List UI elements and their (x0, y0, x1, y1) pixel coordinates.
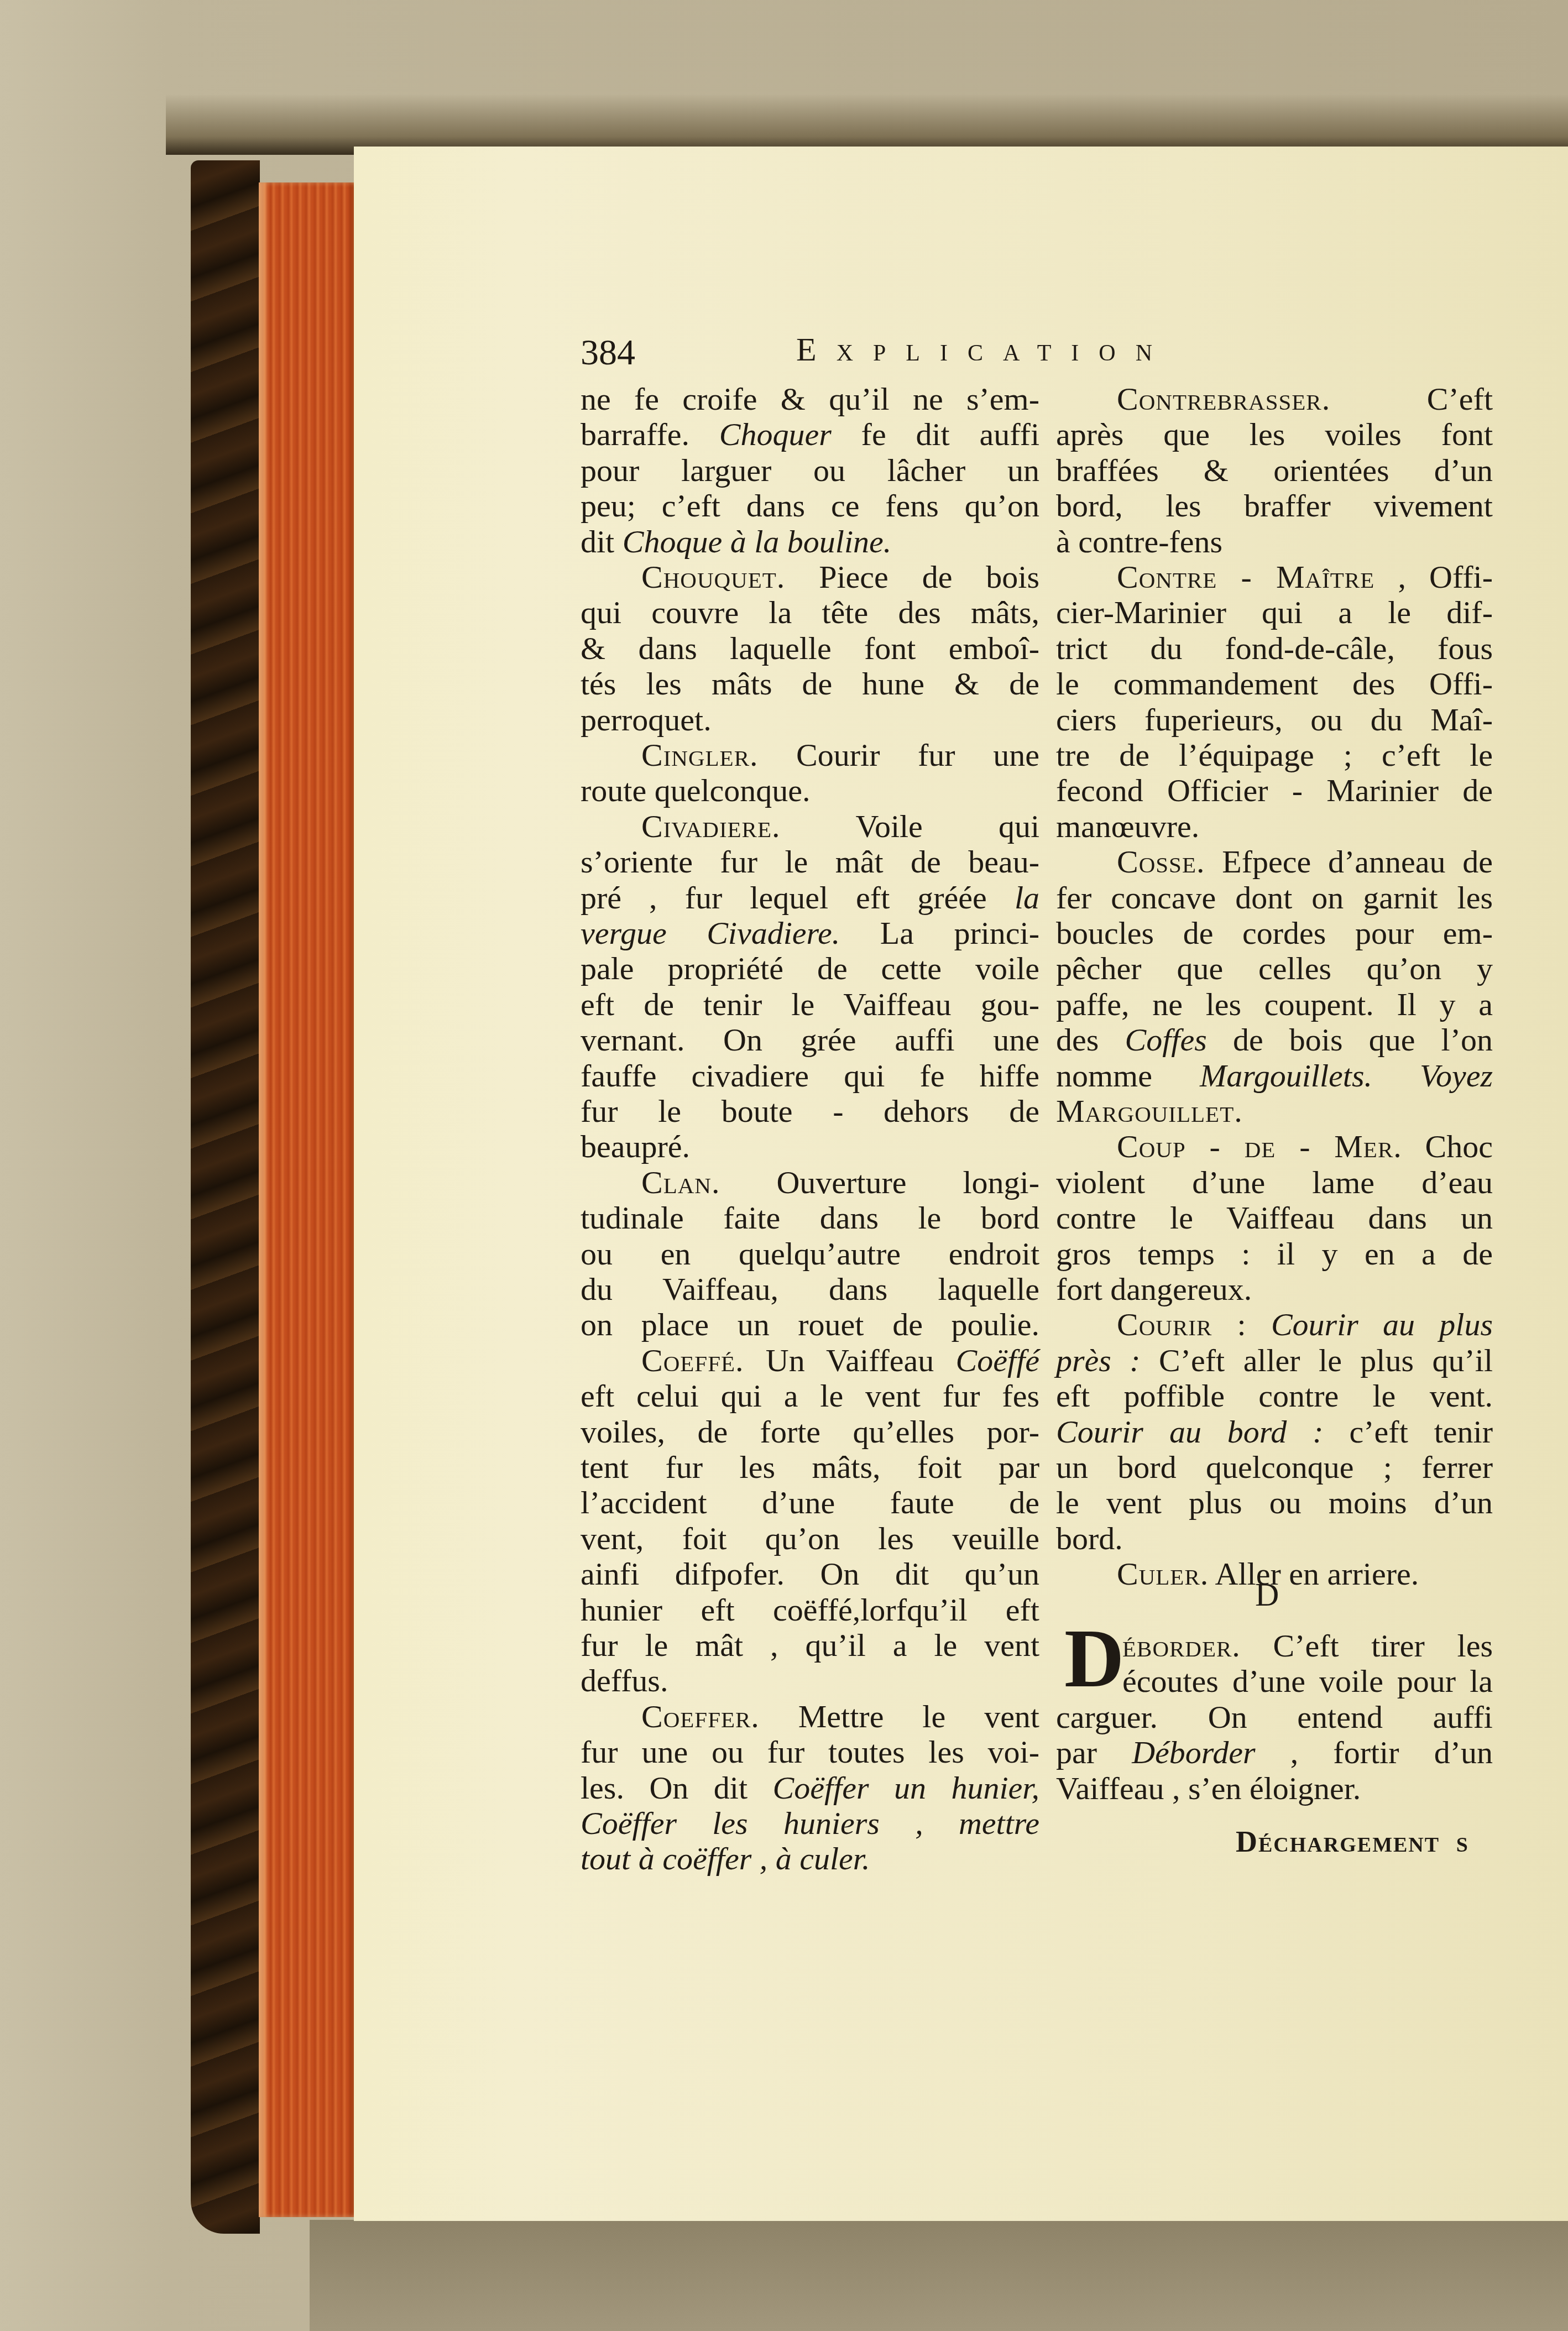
text-line: voiles, de forte qu’elles por- (581, 1414, 1039, 1450)
body-text: & dans laquelle font emboî- (581, 630, 1039, 666)
text-line: le vent plus ou moins d’un (1056, 1485, 1493, 1520)
body-text: Courir fur une (759, 737, 1040, 773)
text-line: Cingler. Courir fur une (641, 738, 1039, 773)
body-text: tent fur les mâts, foit par (581, 1449, 1039, 1485)
text-line: gros temps : il y en a de (1056, 1236, 1493, 1272)
text-line: tent fur les mâts, foit par (581, 1450, 1039, 1485)
body-text: gros temps : il y en a de (1056, 1236, 1493, 1272)
body-text: ainfi difpofer. On dit qu’un (581, 1556, 1039, 1592)
text-line: braffées & orientées d’un (1056, 453, 1493, 488)
text-line: écoutes d’une voile pour la (1122, 1664, 1493, 1699)
body-text: , Offi- (1374, 559, 1493, 595)
text-line: bord. (1056, 1521, 1493, 1556)
body-text: fecond Officier - Marinier de (1056, 772, 1493, 808)
headword: Contrebrasser. (1117, 381, 1330, 417)
body-text: eft poffible contre le vent. (1056, 1378, 1493, 1414)
body-text: qui couvre la tête des mâts, (581, 594, 1039, 630)
text-line: on place un rouet de poulie. (581, 1307, 1039, 1342)
body-text: le vent plus ou moins d’un (1056, 1485, 1493, 1520)
text-line: des Coffes de bois que l’on (1056, 1022, 1493, 1058)
italic-text: Déborder (1132, 1734, 1255, 1770)
text-line: pour larguer ou lâcher un (581, 453, 1039, 488)
italic-text: Margouillets. Voyez (1200, 1058, 1493, 1094)
body-text: carguer. On entend auffi (1056, 1699, 1493, 1735)
text-line: tre de l’équipage ; c’eft le (1056, 738, 1493, 773)
body-text: tudinale faite dans le bord (581, 1200, 1039, 1236)
headword: Clan. (641, 1164, 720, 1200)
body-text: cier-Marinier qui a le dif- (1056, 594, 1493, 630)
body-text: beaupré. (581, 1128, 690, 1164)
body-text: C’eft aller le plus qu’il (1141, 1342, 1493, 1378)
body-text: tre de l’équipage ; c’eft le (1056, 737, 1493, 773)
text-line: fauffe civadiere qui fe hiffe (581, 1058, 1039, 1094)
text-line: vernant. On grée auffi une (581, 1022, 1039, 1058)
text-line: paffe, ne les coupent. Il y a (1056, 987, 1493, 1022)
body-text: Ouverture longi- (720, 1164, 1039, 1200)
text-line: l’accident d’une faute de (581, 1485, 1039, 1520)
text-line: pale propriété de cette voile (581, 951, 1039, 986)
body-text: contre le Vaiffeau dans un (1056, 1200, 1493, 1236)
italic-text: vergue Civadiere. (581, 915, 840, 951)
body-text: s’oriente fur le mât de beau- (581, 844, 1039, 880)
body-text: , fortir d’un (1256, 1734, 1493, 1770)
text-line: Clan. Ouverture longi- (641, 1165, 1039, 1200)
body-text: eft de tenir le Vaiffeau gou- (581, 986, 1039, 1022)
body-text: nomme (1056, 1058, 1200, 1094)
body-text: ou en quelqu’autre endroit (581, 1236, 1039, 1272)
body-text: Aller en arriere. (1209, 1556, 1419, 1592)
text-line: nomme Margouillets. Voyez (1056, 1058, 1493, 1094)
body-text: dit (581, 524, 623, 560)
text-line: Vaiffeau , s’en éloigner. (1056, 1771, 1493, 1806)
text-line: vent, foit qu’on les veuille (581, 1521, 1039, 1556)
body-text: bord, les braffer vivement (1056, 488, 1493, 524)
body-text: des (1056, 1022, 1125, 1058)
body-text: les. On dit (581, 1770, 773, 1806)
headword: Coup - de - Mer. (1117, 1128, 1402, 1164)
body-text: route quelconque. (581, 772, 811, 808)
text-line: Courir au bord : c’eft tenir (1056, 1414, 1493, 1450)
body-text: par (1056, 1734, 1132, 1770)
body-text: de bois que l’on (1207, 1022, 1493, 1058)
text-line: Contre - Maître , Offi- (1117, 560, 1493, 595)
body-text: on place un rouet de poulie. (581, 1306, 1039, 1342)
body-text: manœuvre. (1056, 808, 1199, 844)
headword: éborder. (1122, 1628, 1241, 1664)
text-line: fer concave dont on garnit les (1056, 880, 1493, 916)
body-text: vernant. On grée auffi une (581, 1022, 1039, 1058)
body-text: perroquet. (581, 702, 712, 738)
text-line: cier-Marinier qui a le dif- (1056, 595, 1493, 630)
text-line: à contre-fens (1056, 524, 1493, 560)
body-text: fer concave dont on garnit les (1056, 880, 1493, 916)
background-shadow (166, 94, 1568, 155)
text-line: boucles de cordes pour em- (1056, 916, 1493, 951)
text-line: Culer. Aller en arriere. (1117, 1556, 1493, 1592)
body-text: fur le mât , qu’il a le vent (581, 1627, 1039, 1663)
text-line: Coëffer les huniers , mettre (581, 1806, 1039, 1841)
text-line: hunier eft coëffé,lorfqu’il eft (581, 1592, 1039, 1628)
text-line: manœuvre. (1056, 809, 1493, 844)
body-text: Mettre le vent (760, 1698, 1039, 1734)
body-text: vent, foit qu’on les veuille (581, 1520, 1039, 1556)
text-line: Civadiere. Voile qui (641, 809, 1039, 844)
text-line: fort dangereux. (1056, 1272, 1493, 1307)
body-text: du Vaiffeau, dans laquelle (581, 1271, 1039, 1307)
body-text: Choc (1402, 1128, 1493, 1164)
text-line: Coeffé. Un Vaiffeau Coëffé (641, 1343, 1039, 1378)
body-text: bord. (1056, 1520, 1123, 1556)
body-text: ne fe croife & qu’il ne s’em- (581, 381, 1039, 417)
text-line: tés les mâts de hune & de (581, 666, 1039, 702)
body-text: à contre-fens (1056, 524, 1222, 560)
body-text: peu; c’eft dans ce fens qu’on (581, 488, 1039, 524)
italic-text: la (1015, 880, 1039, 916)
body-text: Un Vaiffeau (744, 1342, 956, 1378)
body-text (1247, 1306, 1271, 1342)
text-line: s’oriente fur le mât de beau- (581, 844, 1039, 880)
background-table (310, 2220, 1568, 2331)
italic-text: Coëffer un hunier, (773, 1770, 1039, 1806)
body-text: paffe, ne les coupent. Il y a (1056, 986, 1493, 1022)
text-line: pré , fur lequel eft gréée la (581, 880, 1039, 916)
text-line: carguer. On entend auffi (1056, 1700, 1493, 1735)
body-text: boucles de cordes pour em- (1056, 915, 1493, 951)
headword: Contre - Maître (1117, 559, 1374, 595)
body-text: tés les mâts de hune & de (581, 666, 1039, 702)
body-text: fort dangereux. (1056, 1271, 1252, 1307)
text-line: deffus. (581, 1663, 1039, 1698)
body-text: voiles, de forte qu’elles por- (581, 1414, 1039, 1450)
body-text: après que les voiles font (1056, 416, 1493, 452)
section-letter: D (1255, 1576, 1279, 1614)
headword: Civadiere. (641, 808, 780, 844)
drop-cap: D (1064, 1617, 1124, 1700)
italic-text: Courir au bord : (1056, 1414, 1324, 1450)
italic-text: Coëffer les huniers , mettre (581, 1805, 1039, 1841)
text-line: fur le mât , qu’il a le vent (581, 1628, 1039, 1663)
catchword: Déchargement s (1236, 1825, 1469, 1859)
body-text: l’accident d’une faute de (581, 1485, 1039, 1520)
headword: Cingler. (641, 737, 759, 773)
text-line: Coeffer. Mettre le vent (641, 1699, 1039, 1734)
catchword-tail: s (1456, 1825, 1469, 1858)
body-text: un bord quelconque ; ferrer (1056, 1449, 1493, 1485)
running-head: Explication (796, 331, 1261, 369)
italic-text: Coëffé (956, 1342, 1039, 1378)
page-edges (259, 182, 354, 2217)
text-line: violent d’une lame d’eau (1056, 1165, 1493, 1200)
italic-text: près : (1056, 1342, 1141, 1378)
body-text: Vaiffeau , s’en éloigner. (1056, 1770, 1361, 1806)
text-line: Courir : Courir au plus (1117, 1307, 1493, 1342)
italic-text: tout à coëffer , à culer. (581, 1841, 870, 1877)
body-text: pré , fur lequel eft gréée (581, 880, 1015, 916)
body-text: Voile qui (780, 808, 1039, 844)
headword: Courir : (1117, 1306, 1247, 1342)
headword: Coeffé. (641, 1342, 744, 1378)
text-line: un bord quelconque ; ferrer (1056, 1450, 1493, 1485)
text-line: eft poffible contre le vent. (1056, 1378, 1493, 1414)
italic-text: Courir au plus (1271, 1306, 1493, 1342)
text-line: Contrebrasser. C’eft (1117, 381, 1493, 417)
body-text: hunier eft coëffé,lorfqu’il eft (581, 1592, 1039, 1628)
body-text: pale propriété de cette voile (581, 950, 1039, 986)
body-text: ciers fuperieurs, ou du Maî- (1056, 702, 1493, 738)
headword: Cosse. (1117, 844, 1205, 880)
text-line: du Vaiffeau, dans laquelle (581, 1272, 1039, 1307)
text-line: après que les voiles font (1056, 417, 1493, 452)
body-text: Piece de bois (785, 559, 1039, 595)
italic-text: Coffes (1125, 1022, 1206, 1058)
text-line: pêcher que celles qu’on y (1056, 951, 1493, 986)
text-line: vergue Civadiere. La princi- (581, 916, 1039, 951)
body-text: Efpece d’anneau de (1205, 844, 1493, 880)
text-line: perroquet. (581, 702, 1039, 738)
text-line: fur une ou fur toutes les voi- (581, 1734, 1039, 1770)
text-line: barraffe. Choquer fe dit auffi (581, 417, 1039, 452)
body-text: deffus. (581, 1663, 668, 1698)
text-line: Margouillet. (1056, 1094, 1493, 1129)
book-spine (191, 160, 260, 2234)
text-line: Cosse. Efpece d’anneau de (1117, 844, 1493, 880)
body-text: trict du fond-de-câle, fous (1056, 630, 1493, 666)
text-line: ainfi difpofer. On dit qu’un (581, 1556, 1039, 1592)
body-text: C’eft (1330, 381, 1493, 417)
text-line: route quelconque. (581, 773, 1039, 808)
body-text: fauffe civadiere qui fe hiffe (581, 1058, 1039, 1094)
body-text: violent d’une lame d’eau (1056, 1164, 1493, 1200)
body-text: braffées & orientées d’un (1056, 452, 1493, 488)
text-line: beaupré. (581, 1129, 1039, 1164)
body-text: barraffe. (581, 416, 719, 452)
body-text: c’eft tenir (1324, 1414, 1493, 1450)
headword: Coeffer. (641, 1698, 760, 1734)
body-text: pour larguer ou lâcher un (581, 452, 1039, 488)
text-line: contre le Vaiffeau dans un (1056, 1200, 1493, 1236)
text-line: & dans laquelle font emboî- (581, 631, 1039, 666)
body-text: fur le boute - dehors de (581, 1093, 1039, 1129)
headword: Chouquet. (641, 559, 785, 595)
text-line: par Déborder , fortir d’un (1056, 1735, 1493, 1770)
text-line: tudinale faite dans le bord (581, 1200, 1039, 1236)
text-line: bord, les braffer vivement (1056, 488, 1493, 524)
text-line: près : C’eft aller le plus qu’il (1056, 1343, 1493, 1378)
body-text: le commandement des Offi- (1056, 666, 1493, 702)
text-line: trict du fond-de-câle, fous (1056, 631, 1493, 666)
body-text: écoutes d’une voile pour la (1122, 1663, 1493, 1699)
text-line: ne fe croife & qu’il ne s’em- (581, 381, 1039, 417)
text-line: peu; c’eft dans ce fens qu’on (581, 488, 1039, 524)
text-line: fecond Officier - Marinier de (1056, 773, 1493, 808)
body-text: La princi- (840, 915, 1039, 951)
text-line: qui couvre la tête des mâts, (581, 595, 1039, 630)
body-text: fe dit auffi (832, 416, 1039, 452)
text-line: eft celui qui a le vent fur fes (581, 1378, 1039, 1414)
italic-text: Choquer (719, 416, 832, 452)
page-number: 384 (581, 332, 635, 374)
italic-text: Choque à la bouline. (623, 524, 892, 560)
text-line: les. On dit Coëffer un hunier, (581, 1770, 1039, 1806)
headword: Culer. (1117, 1556, 1209, 1592)
catchword-text: Déchargement (1236, 1825, 1440, 1858)
body-text: eft celui qui a le vent fur fes (581, 1378, 1039, 1414)
body-text: C’eft tirer les (1241, 1628, 1493, 1664)
text-line: éborder. C’eft tirer les (1122, 1628, 1493, 1664)
headword: Margouillet. (1056, 1093, 1243, 1129)
body-text: fur une ou fur toutes les voi- (581, 1734, 1039, 1770)
text-line: dit Choque à la bouline. (581, 524, 1039, 560)
text-line: ciers fuperieurs, ou du Maî- (1056, 702, 1493, 738)
text-line: le commandement des Offi- (1056, 666, 1493, 702)
text-line: Chouquet. Piece de bois (641, 560, 1039, 595)
text-line: fur le boute - dehors de (581, 1094, 1039, 1129)
text-line: tout à coëffer , à culer. (581, 1841, 1039, 1877)
text-line: eft de tenir le Vaiffeau gou- (581, 987, 1039, 1022)
body-text: pêcher que celles qu’on y (1056, 950, 1493, 986)
text-line: Coup - de - Mer. Choc (1117, 1129, 1493, 1164)
text-line: ou en quelqu’autre endroit (581, 1236, 1039, 1272)
